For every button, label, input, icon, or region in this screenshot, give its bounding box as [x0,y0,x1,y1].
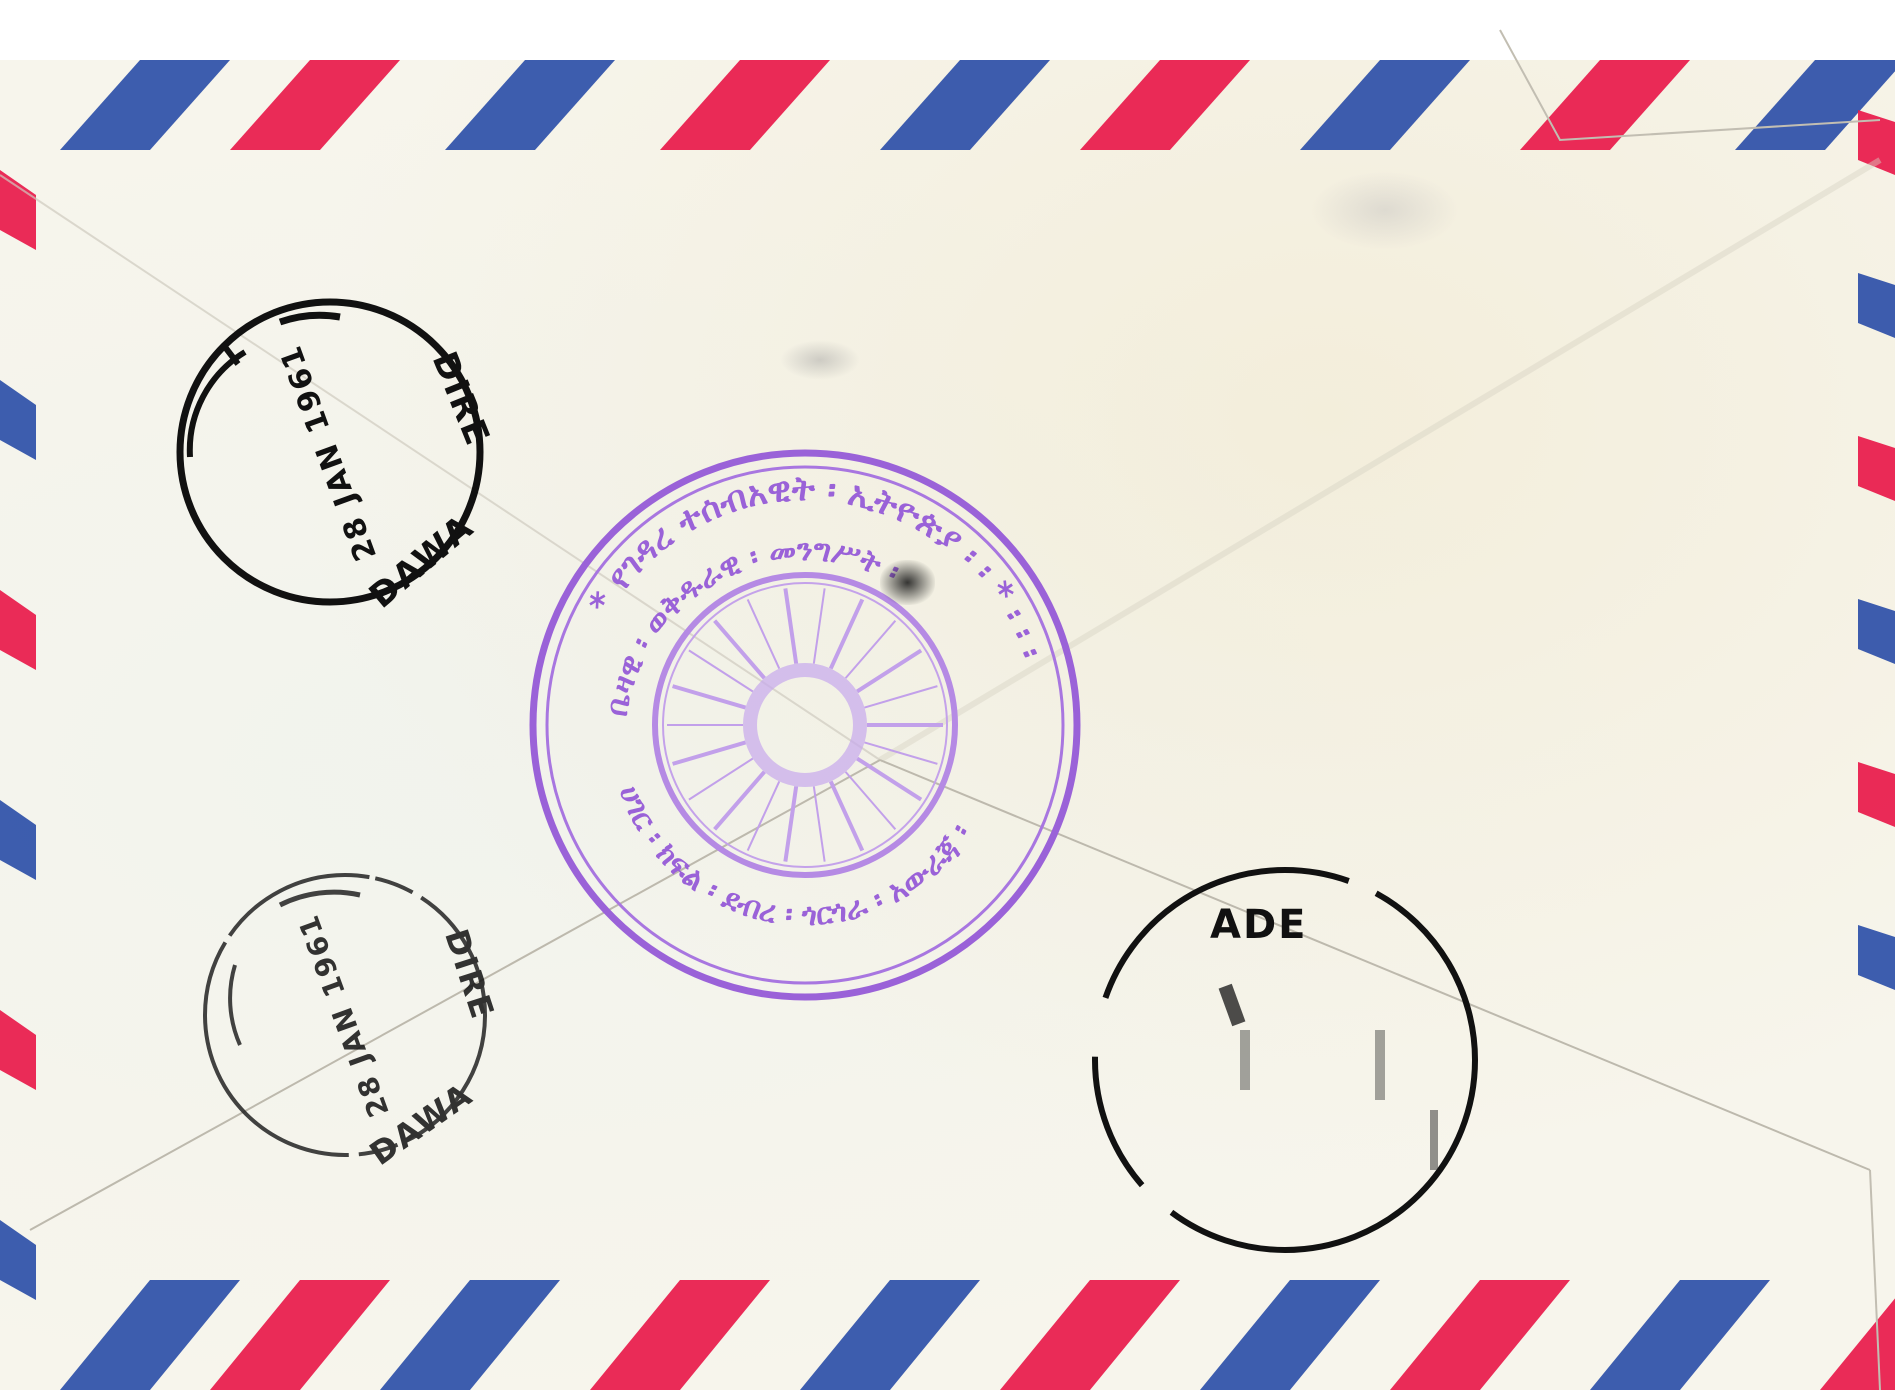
postmark-aden: ADE [1075,850,1495,1270]
postmark-dire-dawa-lower: 28 JAN 1961 DIRE DAWA [185,855,505,1175]
postmark-date: 28 JAN 1961 [273,340,384,566]
faint-ink-smudge [1310,170,1460,250]
postmark-dire-dawa-upper: 28 JAN 1961 DIRE DAWA [160,282,500,622]
postmark-town: ADE [1210,902,1307,948]
postmark-date: 28 JAN 1961 [292,909,396,1121]
postmark-town-line1: DIRE [424,346,498,452]
sunburst-emblem [667,588,943,861]
faint-ink-smudge [780,340,860,380]
postmark-town-line1: DIRE [437,924,502,1024]
ink-blot [880,560,935,605]
purple-church-seal: * የገዳረ ተሰብአዊት ፡ ኢትዮጵያ ፡ ፡ * ፡ ፡ ፡ ቤዛዊ ፡ … [520,440,1090,1010]
envelope-back: 28 JAN 1961 DIRE DAWA 28 JAN 1961 DIRE D… [0,0,1895,1390]
postmark-town-line2: DAWA [362,507,482,617]
